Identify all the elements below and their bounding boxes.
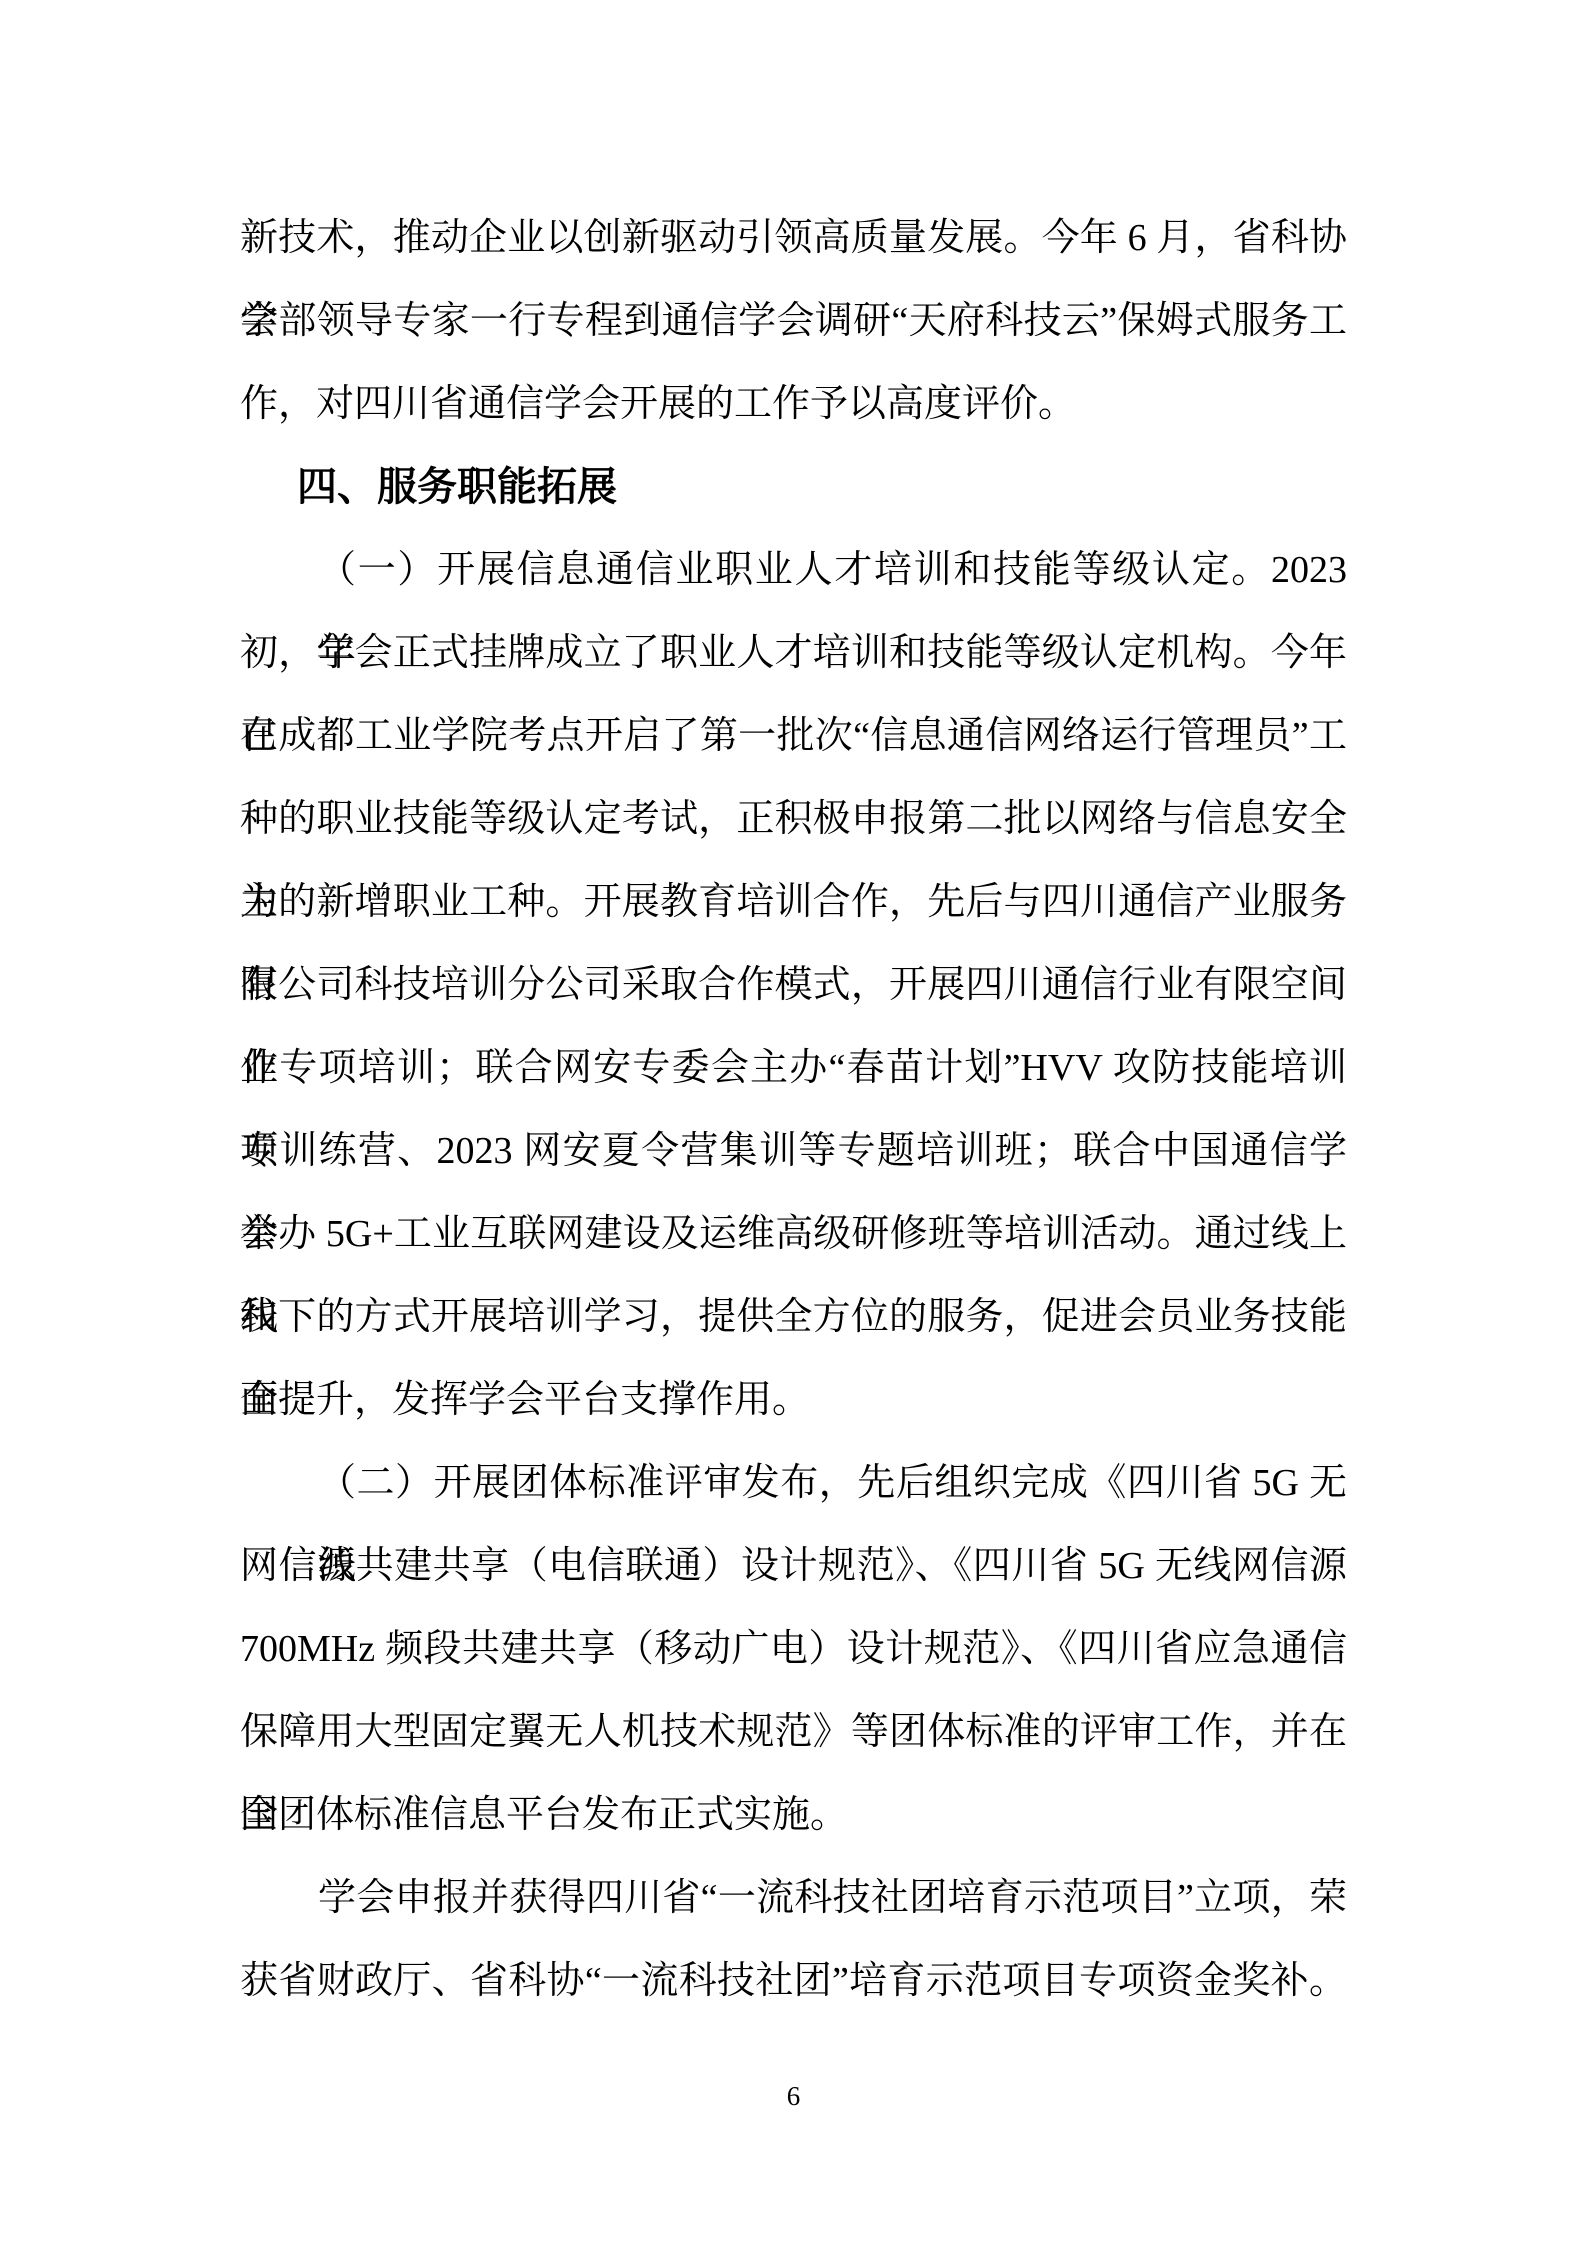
text-line: 会部领导专家一行专程到通信学会调研“天府科技云”保姆式服务工 [240,280,1347,363]
text-line: 线下的方式开展培训学习，提供全方位的服务，促进会员业务技能全 [240,1276,1347,1359]
text-line: 保障用大型固定翼无人机技术规范》等团体标准的评审工作，并在全 [240,1691,1347,1774]
text-line: 获省财政厅、省科协“一流科技社团”培育示范项目专项资金奖补。 [240,1940,1347,2023]
text-line: （一）开展信息通信业职业人才培训和技能等级认定。2023 年 [240,529,1347,612]
text-line: 700MHz 频段共建共享（移动广电）设计规范》、《四川省应急通信 [240,1608,1347,1691]
text-line: 作，对四川省通信学会开展的工作予以高度评价。 [240,363,1347,446]
text-line: 学会申报并获得四川省“一流科技社团培育示范项目”立项，荣 [240,1857,1347,1940]
text-line: 面提升，发挥学会平台支撑作用。 [240,1359,1347,1442]
text-line: 国团体标准信息平台发布正式实施。 [240,1774,1347,1857]
text-line: 限公司科技培训分公司采取合作模式，开展四川通信行业有限空间作 [240,944,1347,1027]
text-line: 业专项培训；联合网安专委会主办“春苗计划”HVV 攻防技能培训专 [240,1027,1347,1110]
text-line: 新技术，推动企业以创新驱动引领高质量发展。今年 6 月，省科协学 [240,197,1347,280]
text-line: 在成都工业学院考点开启了第一批次“信息通信网络运行管理员”工 [240,695,1347,778]
page-number: 6 [240,2078,1347,2114]
text-line: 举办 5G+工业互联网建设及运维高级研修班等培训活动。通过线上和 [240,1193,1347,1276]
text-line: 初，学会正式挂牌成立了职业人才培训和技能等级认定机构。今年已 [240,612,1347,695]
text-line: （二）开展团体标准评审发布，先后组织完成《四川省 5G 无线 [240,1442,1347,1525]
text-line: 项训练营、2023 网安夏令营集训等专题培训班；联合中国通信学会 [240,1110,1347,1193]
text-line: 主的新增职业工种。开展教育培训合作，先后与四川通信产业服务有 [240,861,1347,944]
document-page: 新技术，推动企业以创新驱动引领高质量发展。今年 6 月，省科协学会部领导专家一行… [0,0,1587,2245]
text-line: 种的职业技能等级认定考试，正积极申报第二批以网络与信息安全为 [240,778,1347,861]
text-line: 网信源共建共享（电信联通）设计规范》、《四川省 5G 无线网信源 [240,1525,1347,1608]
document-body: 新技术，推动企业以创新驱动引领高质量发展。今年 6 月，省科协学会部领导专家一行… [240,197,1347,2023]
section-heading: 四、服务职能拓展 [240,446,1347,529]
